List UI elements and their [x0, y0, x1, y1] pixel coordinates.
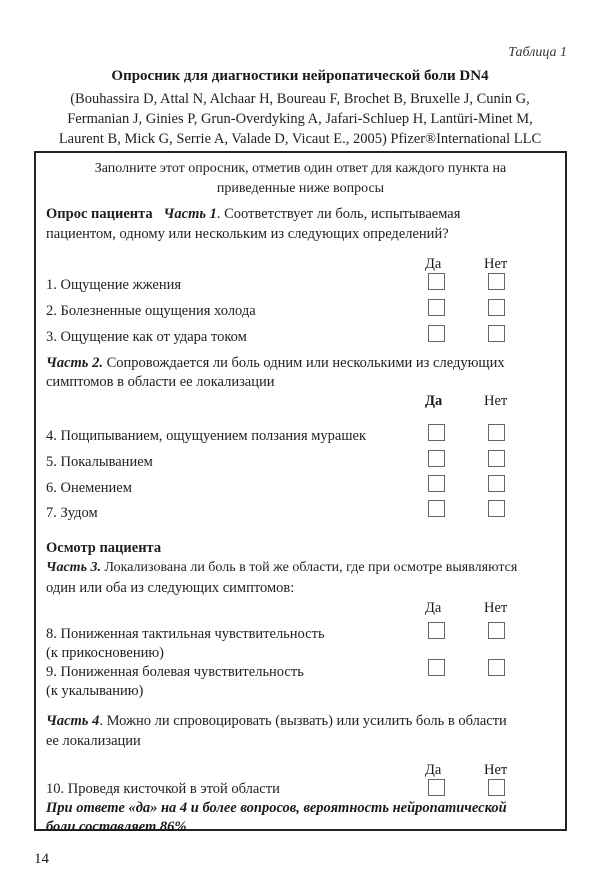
document-title: Опросник для диагностики нейропатической… [0, 68, 600, 85]
question-text: Сопровождается ли боль одним или несколь… [103, 355, 505, 371]
page-number: 14 [34, 851, 49, 868]
item-6-label: 6. Онемением [46, 480, 132, 497]
item-6-no-checkbox[interactable] [488, 475, 505, 492]
column-yes: Да [425, 256, 441, 273]
part-3-question: Часть 3. Локализована ли боль в той же о… [46, 560, 517, 576]
item-4-label: 4. Пощипыванием, ощущуением ползания мур… [46, 428, 366, 445]
item-5-label: 5. Покалыванием [46, 454, 153, 471]
section-heading-patient-interview: Опрос пациента [46, 206, 153, 222]
question-text: . Можно ли спровоцировать (вызвать) или … [99, 713, 506, 729]
item-5-no-checkbox[interactable] [488, 450, 505, 467]
conclusion-line: При ответе «да» на 4 и более вопросов, в… [46, 800, 507, 817]
item-3-no-checkbox[interactable] [488, 325, 505, 342]
part-3-label: Часть 3. [46, 560, 101, 575]
authors-line: Laurent B, Mick G, Serrie A, Valade D, V… [0, 129, 600, 149]
item-7-yes-checkbox[interactable] [428, 500, 445, 517]
item-1-yes-checkbox[interactable] [428, 273, 445, 290]
part-4-label: Часть 4 [46, 713, 99, 729]
item-1-label: 1. Ощущение жжения [46, 277, 181, 294]
item-3-label: 3. Ощущение как от удара током [46, 329, 247, 346]
instructions-line: Заполните этот опросник, отметив один от… [34, 159, 567, 179]
item-7-label: 7. Зудом [46, 505, 98, 522]
item-10-yes-checkbox[interactable] [428, 779, 445, 796]
table-label: Таблица 1 [508, 45, 567, 61]
column-yes: Да [425, 393, 442, 410]
part-4-question: Часть 4. Можно ли спровоцировать (вызват… [46, 713, 507, 730]
item-9-sublabel: (к укалыванию) [46, 683, 143, 700]
part-1-label: Часть 1 [164, 206, 217, 222]
item-1-no-checkbox[interactable] [488, 273, 505, 290]
item-3-yes-checkbox[interactable] [428, 325, 445, 342]
authors-line: (Bouhassira D, Attal N, Alchaar H, Boure… [0, 89, 600, 109]
column-no: Нет [484, 762, 507, 779]
item-8-label: 8. Пониженная тактильная чувствительност… [46, 626, 325, 643]
question-text: Локализована ли боль в той же области, г… [101, 560, 517, 575]
item-8-no-checkbox[interactable] [488, 622, 505, 639]
column-no: Нет [484, 393, 507, 410]
item-6-yes-checkbox[interactable] [428, 475, 445, 492]
item-8-sublabel: (к прикосновению) [46, 645, 164, 662]
conclusion-line: боли составляет 86% [46, 819, 186, 836]
item-2-label: 2. Болезненные ощущения холода [46, 303, 256, 320]
item-8-yes-checkbox[interactable] [428, 622, 445, 639]
instructions-line: приведенные ниже вопросы [34, 179, 567, 199]
authors-line: Fermanian J, Ginies P, Grun-Overdyking A… [0, 109, 600, 129]
item-2-no-checkbox[interactable] [488, 299, 505, 316]
question-text: . Соответствует ли боль, испытываемая [217, 206, 461, 222]
item-4-no-checkbox[interactable] [488, 424, 505, 441]
item-2-yes-checkbox[interactable] [428, 299, 445, 316]
part-1-question: Опрос пациента Часть 1. Соответствует ли… [46, 206, 460, 223]
column-no: Нет [484, 256, 507, 273]
part-2-question-line2: симптомов в области ее локализации [46, 374, 275, 391]
authors-citation: (Bouhassira D, Attal N, Alchaar H, Boure… [0, 89, 600, 149]
item-10-label: 10. Проведя кисточкой в этой области [46, 781, 280, 798]
part-2-question: Часть 2. Сопровождается ли боль одним ил… [46, 355, 505, 372]
part-3-question-line2: один или оба из следующих симптомов: [46, 580, 294, 597]
section-heading-patient-examination: Осмотр пациента [46, 540, 161, 557]
part-4-question-line2: ее локализации [46, 733, 141, 750]
part-2-label: Часть 2. [46, 355, 103, 371]
part-1-question-line2: пациентом, одному или нескольким из след… [46, 226, 449, 243]
item-9-no-checkbox[interactable] [488, 659, 505, 676]
column-yes: Да [425, 600, 441, 617]
column-no: Нет [484, 600, 507, 617]
item-5-yes-checkbox[interactable] [428, 450, 445, 467]
item-9-yes-checkbox[interactable] [428, 659, 445, 676]
item-10-no-checkbox[interactable] [488, 779, 505, 796]
item-9-label: 9. Пониженная болевая чувствительность [46, 664, 304, 681]
instructions: Заполните этот опросник, отметив один от… [34, 159, 567, 199]
item-7-no-checkbox[interactable] [488, 500, 505, 517]
item-4-yes-checkbox[interactable] [428, 424, 445, 441]
column-yes: Да [425, 762, 441, 779]
